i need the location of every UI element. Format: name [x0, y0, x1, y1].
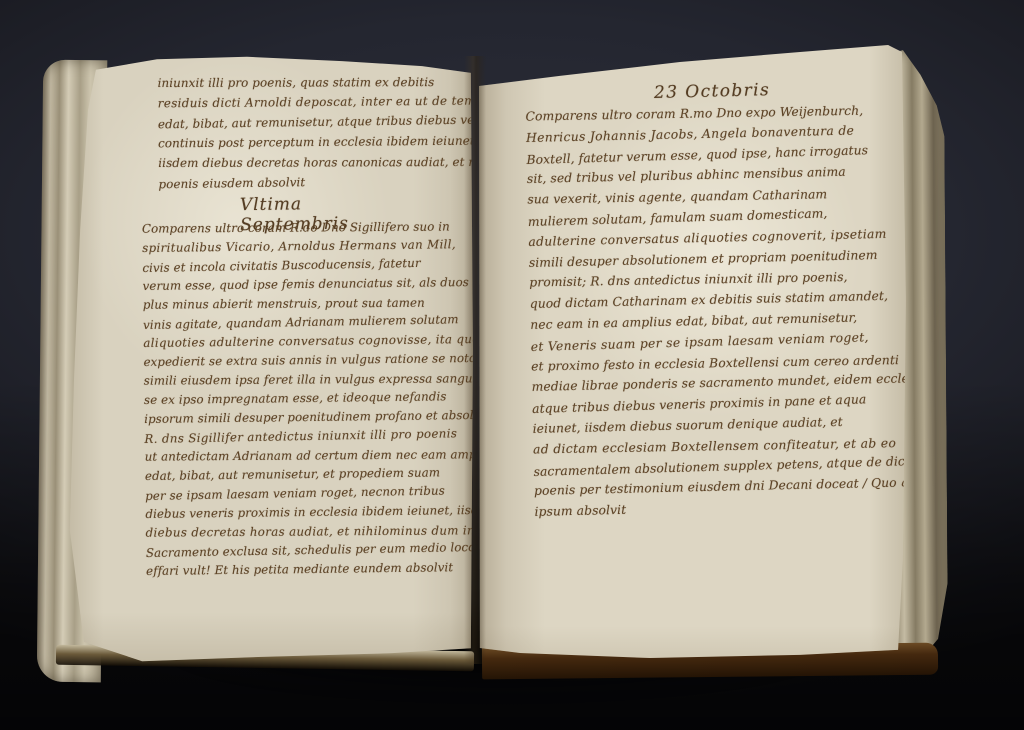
right-page-paragraph: Comparens ultro coram R.mo Dno expo Weij…: [525, 99, 880, 523]
manuscript-line: iniunxit illi pro poenis, quas statim ex…: [158, 72, 468, 93]
left-page-top-paragraph: iniunxit illi pro poenis, quas statim ex…: [157, 71, 468, 194]
left-page: iniunxit illi pro poenis, quas statim ex…: [62, 50, 475, 668]
right-page: 23 Octobris Comparens ultro coram R.mo D…: [476, 40, 908, 670]
manuscript-line: Comparens ultro coram R.do Dno Sigillife…: [142, 217, 470, 238]
manuscript-line: ut antedictam Adrianam ad certum diem ne…: [145, 445, 473, 466]
manuscript-line: expedierit se extra suis annis in vulgus…: [143, 349, 471, 372]
left-page-main-paragraph: Comparens ultro coram R.do Dno Sigillife…: [142, 216, 474, 581]
manuscript-line: continuis post perceptum in ecclesia ibi…: [158, 131, 468, 154]
manuscript-line: simili eiusdem ipsa feret illa in vulgus…: [144, 369, 472, 390]
manuscript-line: poenis eiusdem absolvit: [158, 170, 468, 195]
book-gutter-shadow: [464, 56, 486, 664]
photo-background: iniunxit illi pro poenis, quas statim ex…: [0, 0, 1024, 730]
right-page-heading: 23 Octobris: [654, 79, 814, 103]
